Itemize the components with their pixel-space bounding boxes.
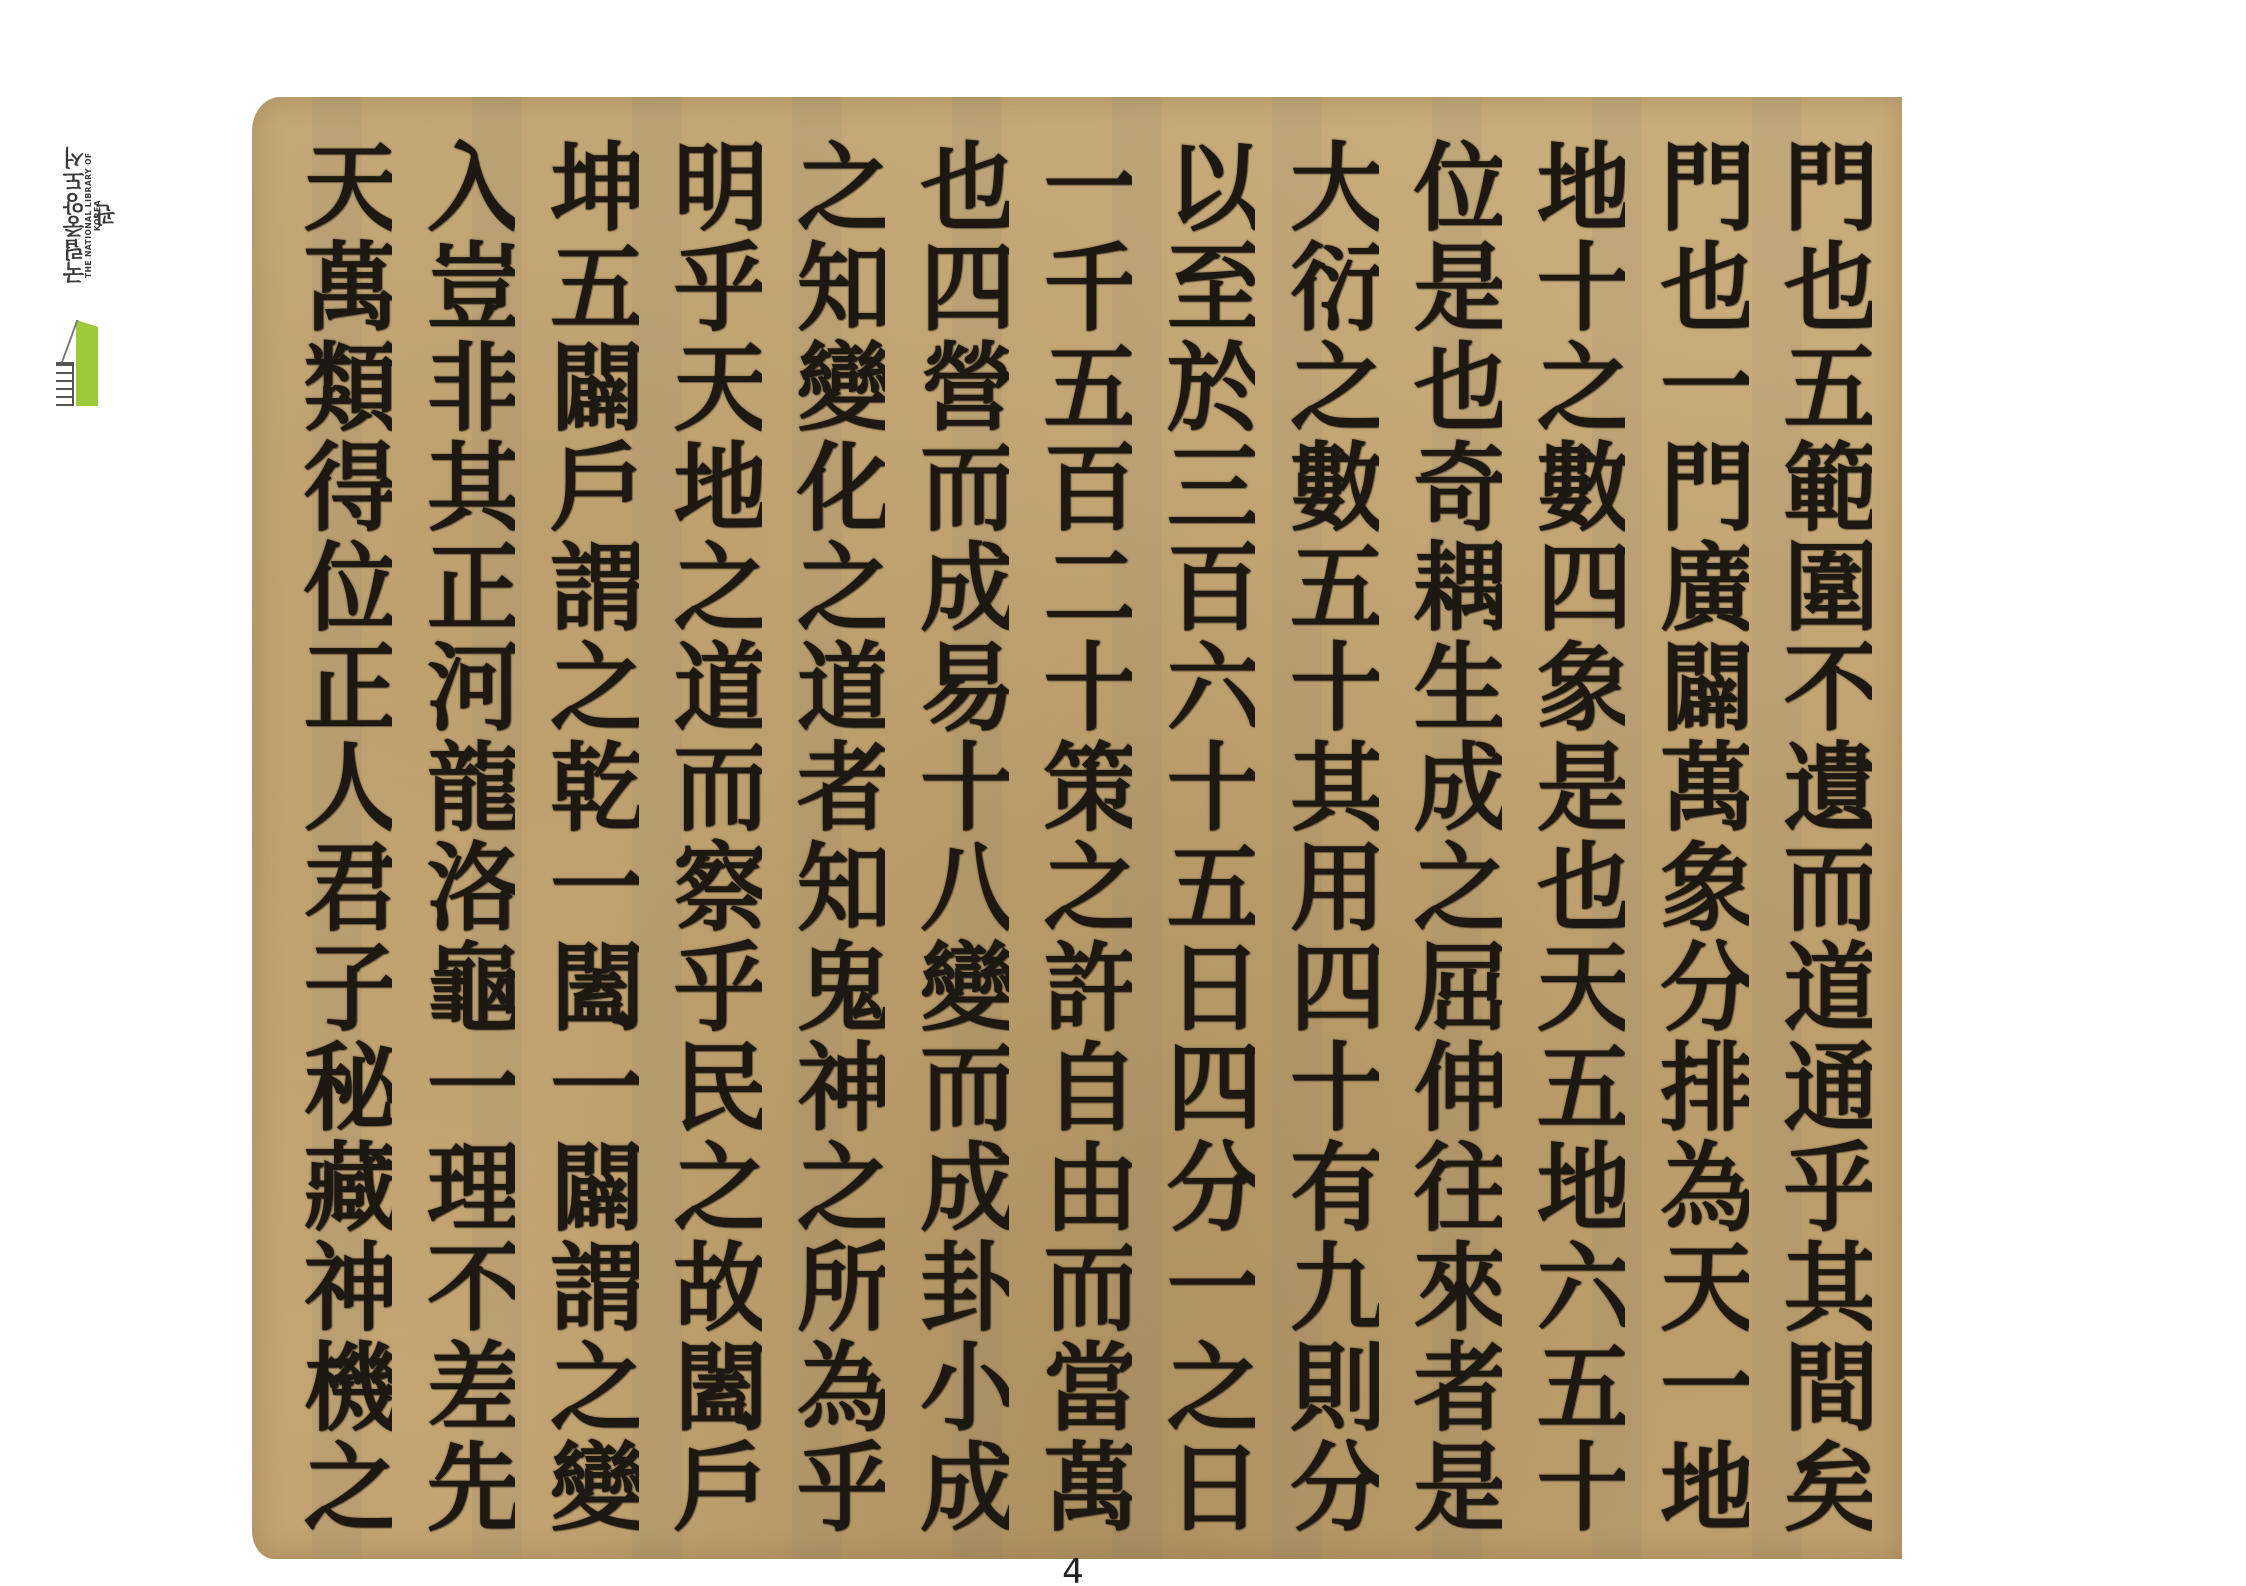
text-column-6: 以至於三百六十五日四分一之日則可知其萬 [1145, 137, 1255, 1537]
text-column-10: 明乎天地之道而察乎民之故闔戶謂之 [652, 137, 762, 1537]
library-building-icon [54, 300, 98, 410]
logo-green-roof-shape [76, 320, 98, 406]
text-column-4: 位是也奇耦生成之屈伸往來者是也 [1392, 137, 1502, 1537]
text-column-3: 地十之數四象是也天五地六五十有五 [1515, 137, 1625, 1537]
text-columns: 門也五範圍不遺而道通乎其間矣造化之 門也一門廣闢萬象分排為天一地二天九 地十之數… [282, 137, 1872, 1539]
logo-text: 국립중앙도서관 THE NATIONAL LIBRARY OF KOREA [60, 140, 100, 290]
text-column-5: 大衍之數五十其用四十有九則分而為二 [1269, 137, 1379, 1537]
text-column-1: 門也五範圍不遺而道通乎其間矣造化之 [1762, 137, 1872, 1537]
text-column-2: 門也一門廣闢萬象分排為天一地二天九 [1639, 137, 1749, 1537]
text-column-12: 入豈非其正河龍洛龜一理不差先天後 [405, 137, 515, 1537]
text-column-13: 天萬類得位正人君子秘藏神機之奇 [282, 137, 392, 1537]
logo-building-shape [56, 362, 74, 406]
manuscript-page: 門也五範圍不遺而道通乎其間矣造化之 門也一門廣闢萬象分排為天一地二天九 地十之數… [252, 97, 1902, 1559]
text-column-11: 坤五闢戶謂之乾一闔一闢謂之變利用出 [529, 137, 639, 1537]
library-logo: 국립중앙도서관 THE NATIONAL LIBRARY OF KOREA [52, 140, 102, 410]
text-column-9: 之知變化之道者知鬼神之所為乎是以 [775, 137, 885, 1537]
logo-english-name: THE NATIONAL LIBRARY OF KOREA [84, 140, 102, 290]
text-column-7: 一千五百二十策之許自由而當萬物之數 [1022, 137, 1132, 1537]
text-column-8: 也四營而成易十八變而成卦小成伸之 [899, 137, 1009, 1537]
page-number: 4 [0, 1552, 2196, 1586]
logo-roof-line [60, 320, 79, 366]
